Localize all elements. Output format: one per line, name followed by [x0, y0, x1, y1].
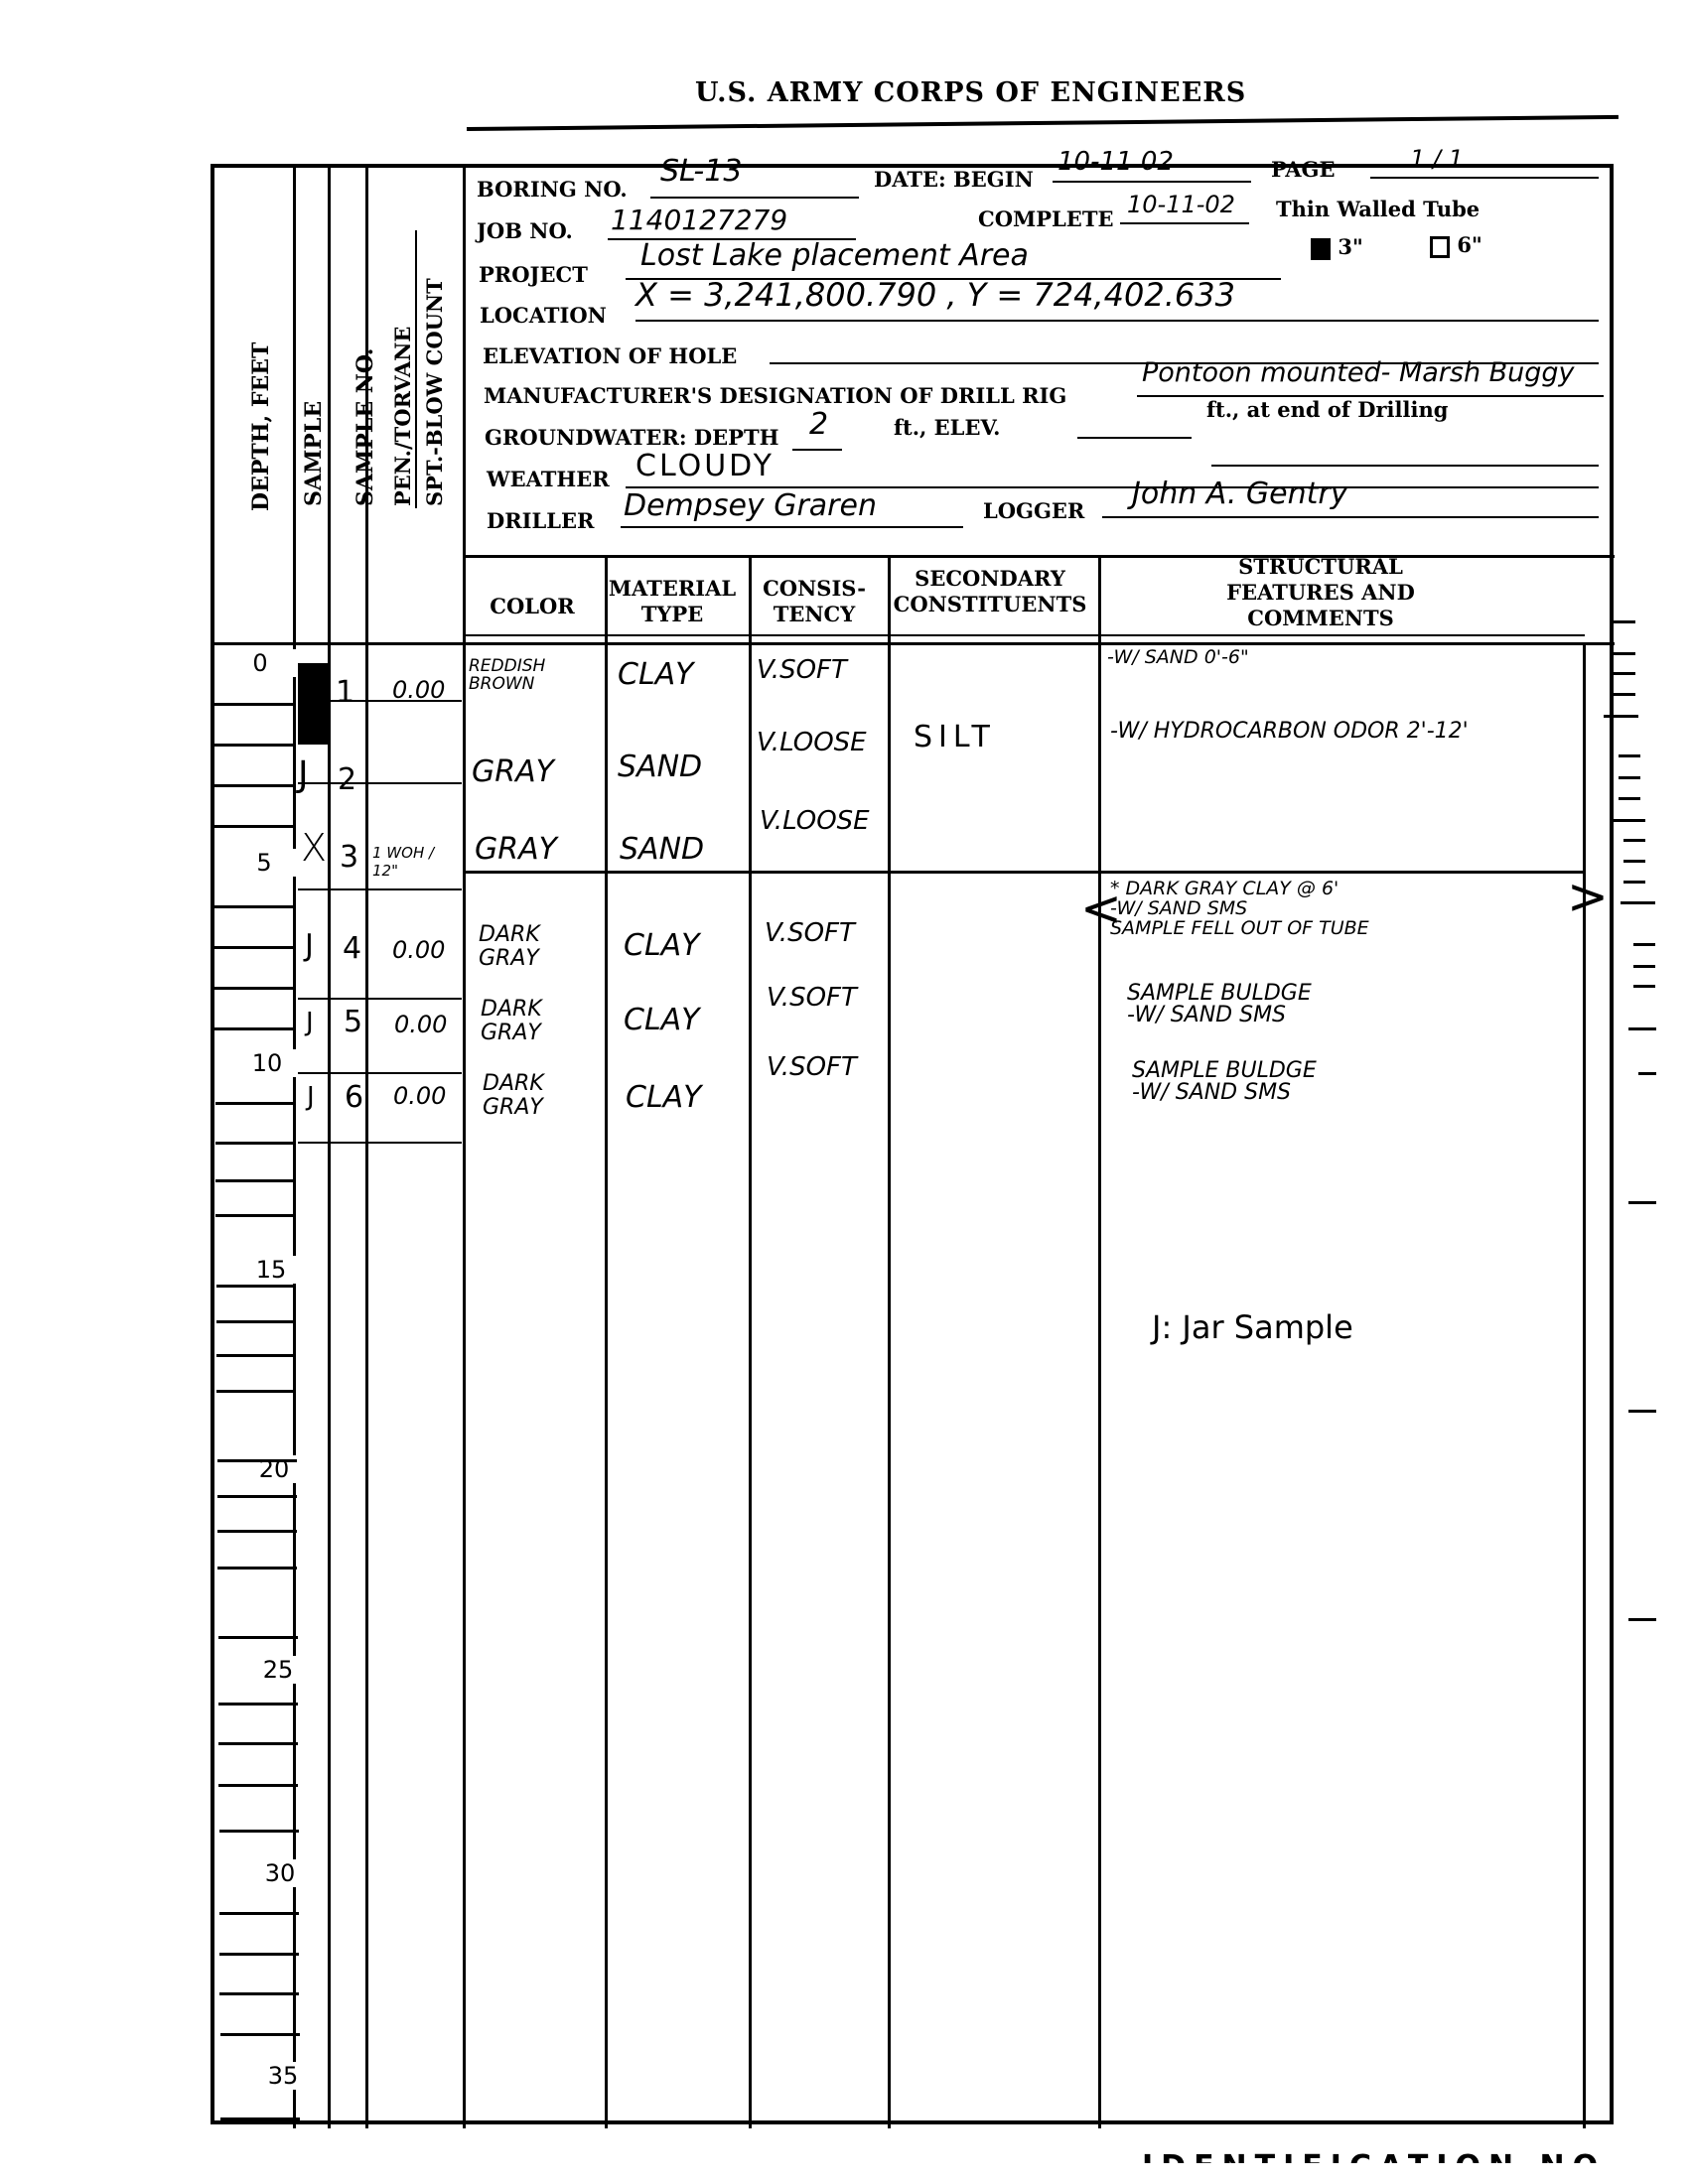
comment-6: SAMPLE BULDGE -W/ SAND SMS: [1132, 1060, 1317, 1104]
tube-3in-option[interactable]: 3": [1311, 234, 1363, 260]
comment-6-line2: -W/ SAND SMS: [1132, 1082, 1317, 1104]
tube-6in-label: 6": [1457, 232, 1482, 257]
depth-label-0: 0: [220, 649, 300, 677]
sample-no-header: SAMPLE NO.: [352, 348, 378, 506]
secondary-2: SILT: [914, 720, 996, 754]
sample-5-mark: J: [306, 1008, 314, 1037]
logger-value[interactable]: John A. Gentry: [1132, 477, 1348, 511]
col-header-secondary: SECONDARY CONSTITUENTS: [886, 566, 1094, 617]
boring-no-underline: [650, 197, 859, 199]
material-3: SAND: [620, 832, 704, 867]
col-header-structural: STRUCTURAL FEATURES AND COMMENTS: [1172, 554, 1470, 631]
pen-value-6: 0.00: [393, 1084, 446, 1108]
location-underline: [635, 320, 1599, 322]
consistency-1: V.SOFT: [757, 655, 847, 685]
date-begin-value[interactable]: 10-11 02: [1057, 147, 1174, 177]
color-6: DARK GRAY: [483, 1072, 582, 1120]
tube-6in-option[interactable]: 6": [1430, 232, 1482, 258]
date-complete-value[interactable]: 10-11-02: [1127, 191, 1235, 218]
project-value[interactable]: Lost Lake placement Area: [640, 238, 1029, 273]
driller-label: DRILLER: [487, 508, 594, 533]
job-no-value[interactable]: 1140127279: [611, 204, 787, 236]
sample-no-2: 2: [338, 762, 356, 797]
weather-label: WEATHER: [487, 467, 610, 491]
sample-2-mark: J: [298, 754, 309, 795]
col-header-material: MATERIAL TYPE: [602, 576, 743, 627]
comment-5-line2: -W/ SAND SMS: [1127, 1005, 1312, 1026]
bracket-right-icon: >: [1567, 872, 1609, 921]
material-1: CLAY: [618, 657, 694, 692]
consistency-2: V.LOOSE: [757, 728, 867, 757]
row-line: [463, 634, 1585, 636]
sample-6-mark: J: [307, 1082, 315, 1112]
divider-pen: [463, 168, 466, 2128]
sample-4-mark: J: [305, 928, 314, 963]
depth-feet-header: DEPTH, FEET: [248, 342, 274, 511]
consistency-3: V.LOOSE: [760, 806, 870, 836]
sample-no-6: 6: [345, 1080, 363, 1115]
date-complete-underline: [1120, 222, 1249, 224]
material-2: SAND: [618, 750, 702, 784]
groundwater-end-label: ft., at end of Drilling: [1206, 397, 1448, 422]
color-1: REDDISH BROWN: [469, 657, 596, 693]
comment-4: * DARK GRAY CLAY @ 6' -W/ SAND SMS SAMPL…: [1110, 879, 1369, 938]
comment-4-line3: SAMPLE FELL OUT OF TUBE: [1110, 918, 1369, 938]
color-5: DARK GRAY: [481, 998, 580, 1045]
date-complete-label: COMPLETE: [978, 206, 1113, 231]
column-header-bottom: [214, 642, 1615, 645]
elevation-label: ELEVATION OF HOLE: [483, 343, 737, 368]
groundwater-elev-label: ft., ELEV.: [894, 415, 1000, 440]
page-value[interactable]: 1 / 1: [1410, 145, 1464, 173]
pen-value-5: 0.00: [394, 1013, 447, 1036]
groundwater-line-2: [1211, 465, 1599, 467]
col-header-color: COLOR: [464, 594, 601, 619]
spt-blow-count-header: SPT.-BLOW COUNT: [422, 278, 447, 506]
document-title: U.S. ARMY CORPS OF ENGINEERS: [695, 77, 1246, 108]
material-6: CLAY: [626, 1080, 702, 1115]
sample-1-filled-mark: [298, 663, 330, 745]
sample-no-5: 5: [344, 1005, 362, 1039]
divider-secondary: [1098, 555, 1101, 2128]
divider-color: [605, 555, 608, 2128]
divider-sample: [328, 168, 331, 2128]
pen-torvane-header: PEN./TORVANE: [390, 327, 415, 506]
legend-jar-sample-note: J: Jar Sample: [1152, 1308, 1353, 1346]
tube-3in-checkbox[interactable]: [1311, 238, 1331, 260]
logger-underline: [1102, 516, 1599, 518]
form-top-border: [467, 115, 1619, 131]
drill-rig-label: MANUFACTURER'S DESIGNATION OF DRILL RIG: [484, 383, 1066, 408]
driller-value[interactable]: Dempsey Graren: [624, 488, 877, 523]
divider-material: [749, 555, 752, 2128]
material-4: CLAY: [624, 928, 700, 963]
tube-3in-label: 3": [1338, 234, 1363, 259]
color-2: GRAY: [472, 754, 554, 789]
groundwater-depth-underline: [792, 449, 842, 451]
color-4: DARK GRAY: [479, 923, 578, 971]
job-no-label: JOB NO.: [477, 218, 573, 243]
boring-no-label: BORING NO.: [477, 177, 628, 202]
sample-3-mark: X: [301, 826, 327, 870]
depth-label-35: 35: [243, 2062, 323, 2090]
depth-label-5: 5: [224, 849, 304, 877]
groundwater-depth-value[interactable]: 2: [809, 407, 828, 442]
color-3: GRAY: [475, 832, 557, 867]
groundwater-elev-underline: [1077, 437, 1192, 439]
comment-1: -W/ SAND 0'-6": [1107, 645, 1249, 669]
sample-no-3: 3: [340, 840, 358, 875]
comment-4-line2: -W/ SAND SMS: [1110, 898, 1369, 918]
comment-4-line1: * DARK GRAY CLAY @ 6': [1110, 879, 1369, 898]
divider-tick-strip: [1583, 642, 1586, 2128]
boring-no-value[interactable]: SL-13: [660, 154, 742, 189]
drill-rig-value[interactable]: Pontoon mounted- Marsh Buggy: [1142, 357, 1575, 388]
comment-5-line1: SAMPLE BULDGE: [1127, 983, 1312, 1005]
location-value[interactable]: X = 3,241,800.790 , Y = 724,402.633: [635, 276, 1235, 314]
groundwater-depth-label: GROUNDWATER: DEPTH: [485, 425, 778, 450]
depth-label-15: 15: [231, 1256, 311, 1284]
pen-value-3: 1 WOH / 12": [372, 844, 460, 880]
thin-walled-tube-label: Thin Walled Tube: [1276, 197, 1480, 221]
consistency-5: V.SOFT: [767, 983, 857, 1013]
pen-value-4: 0.00: [392, 938, 445, 962]
weather-value[interactable]: CLOUDY: [635, 449, 775, 483]
logger-label: LOGGER: [983, 498, 1084, 523]
material-5: CLAY: [624, 1003, 700, 1037]
divider-consistency: [888, 555, 891, 2128]
page-label: PAGE: [1271, 157, 1336, 182]
col-header-consistency: CONSIS- TENCY: [747, 576, 882, 627]
depth-label-25: 25: [238, 1656, 318, 1684]
comment-5: SAMPLE BULDGE -W/ SAND SMS: [1127, 983, 1312, 1026]
depth-label-10: 10: [227, 1049, 307, 1077]
driller-underline: [621, 526, 963, 528]
date-begin-label: DATE: BEGIN: [874, 167, 1034, 192]
sample-no-4: 4: [343, 931, 361, 966]
footer-partial-text: IDENTIFICATION NO: [1142, 2149, 1606, 2163]
project-label: PROJECT: [479, 262, 588, 287]
consistency-6: V.SOFT: [767, 1052, 857, 1082]
divider-depth: [293, 168, 296, 2128]
row-line-5ft: [463, 871, 1585, 874]
pen-value-1: 0.00: [392, 678, 445, 702]
sample-no-1: 1: [336, 675, 354, 710]
depth-label-30: 30: [240, 1859, 320, 1887]
location-label: LOCATION: [480, 303, 607, 328]
consistency-4: V.SOFT: [765, 918, 855, 948]
boring-log-form: [211, 164, 1614, 2124]
pen-spt-divider: [415, 230, 417, 508]
bracket-left-icon: <: [1080, 884, 1122, 933]
date-begin-underline: [1053, 181, 1251, 183]
comment-2: -W/ HYDROCARBON ODOR 2'-12': [1110, 720, 1469, 744]
page-underline: [1370, 177, 1599, 179]
comment-6-line1: SAMPLE BULDGE: [1132, 1060, 1317, 1082]
sample-header: SAMPLE: [301, 401, 327, 506]
tube-6in-checkbox[interactable]: [1430, 236, 1450, 258]
